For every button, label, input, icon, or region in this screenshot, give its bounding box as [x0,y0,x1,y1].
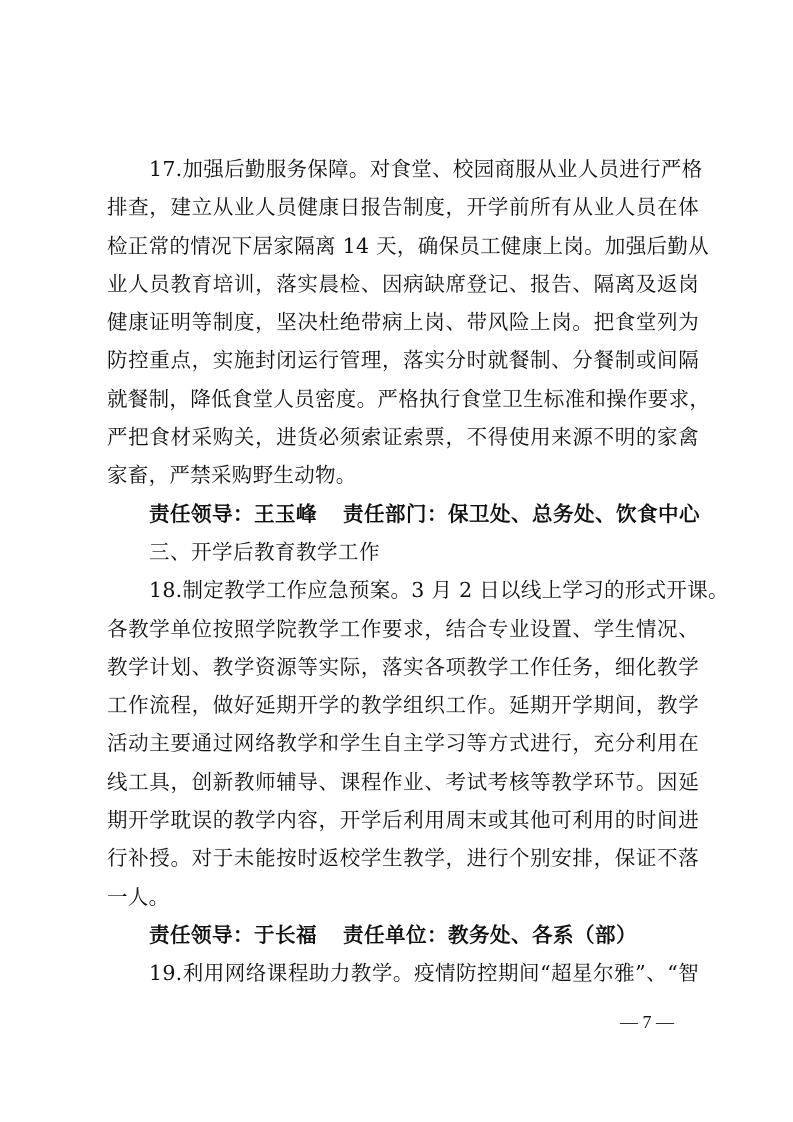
responsible-department: 责任部门：保卫处、总务处、饮食中心 [343,502,700,526]
text-line: 检正常的情况下居家隔离 14 天，确保员工健康上岗。加强后勤从 [107,227,699,265]
responsibility-line-18: 责任领导：于长福责任单位：教务处、各系（部） [107,916,699,954]
page-number: — 7 — [620,1012,674,1033]
text-line: 行补授。对于未能按时返校学生教学，进行个别安排，保证不落 [107,839,699,877]
text-line: 严把食材采购关，进货必须索证索票，不得使用来源不明的家禽 [107,418,699,456]
text-line: 家畜，严禁采购野生动物。 [107,456,699,494]
text-line: 就餐制，降低食堂人员密度。严格执行食堂卫生标准和操作要求， [107,380,699,418]
paragraph-17: 17.加强后勤服务保障。对食堂、校园商服从业人员进行严格 排查，建立从业人员健康… [107,150,699,495]
responsible-leader: 责任领导：王玉峰 [149,502,317,526]
text-line: 各教学单位按照学院教学工作要求，结合专业设置、学生情况、 [107,610,699,648]
text-line: 防控重点，实施封闭运行管理，落实分时就餐制、分餐制或间隔 [107,341,699,379]
text-line: 18.制定教学工作应急预案。3 月 2 日以线上学习的形式开课。 [107,571,699,609]
text-line: 业人员教育培训，落实晨检、因病缺席登记、报告、隔离及返岗 [107,265,699,303]
paragraph-19: 19.利用网络课程助力教学。疫情防控期间“超星尔雅”、“智 [107,954,699,992]
responsible-department: 责任单位：教务处、各系（部） [343,923,637,947]
text-line: 工作流程，做好延期开学的教学组织工作。延期开学期间，教学 [107,686,699,724]
text-line: 教学计划、教学资源等实际，落实各项教学工作任务，细化教学 [107,648,699,686]
section-heading: 三、开学后教育教学工作 [107,533,699,571]
text-line: 期开学耽误的教学内容，开学后利用周末或其他可利用的时间进 [107,801,699,839]
paragraph-18: 18.制定教学工作应急预案。3 月 2 日以线上学习的形式开课。 各教学单位按照… [107,571,699,916]
responsible-leader: 责任领导：于长福 [149,923,317,947]
responsibility-line-17: 责任领导：王玉峰责任部门：保卫处、总务处、饮食中心 [107,495,699,533]
text-line: 17.加强后勤服务保障。对食堂、校园商服从业人员进行严格 [107,150,699,188]
text-line: 一人。 [107,878,699,916]
document-body: 17.加强后勤服务保障。对食堂、校园商服从业人员进行严格 排查，建立从业人员健康… [107,150,699,993]
text-line: 活动主要通过网络教学和学生自主学习等方式进行，充分利用在 [107,724,699,762]
text-line: 19.利用网络课程助力教学。疫情防控期间“超星尔雅”、“智 [107,954,699,992]
text-line: 排查，建立从业人员健康日报告制度，开学前所有从业人员在体 [107,188,699,226]
text-line: 线工具，创新教师辅导、课程作业、考试考核等教学环节。因延 [107,763,699,801]
text-line: 健康证明等制度，坚决杜绝带病上岗、带风险上岗。把食堂列为 [107,303,699,341]
